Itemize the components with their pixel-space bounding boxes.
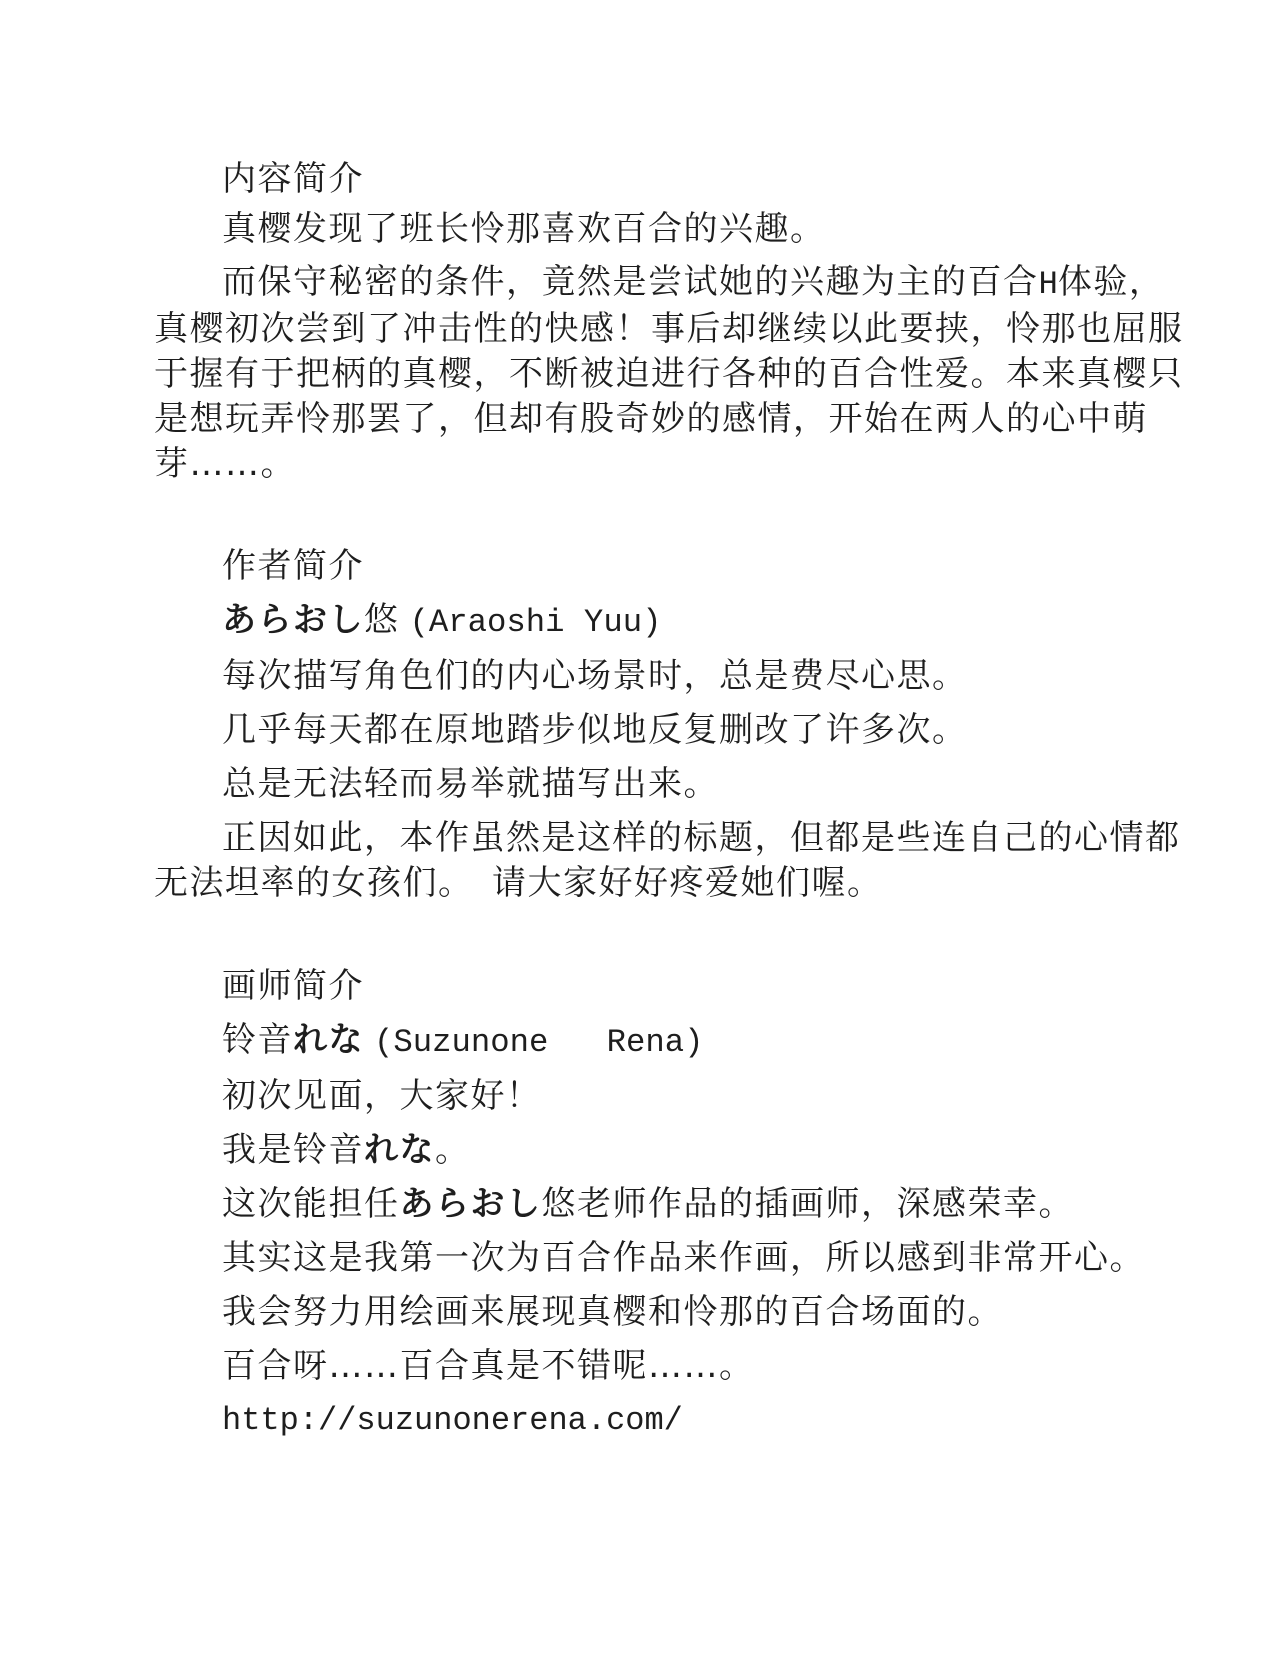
author-bio-line-1: 每次描写角色们的内心场景时，总是费尽心思。	[154, 654, 1164, 699]
artist-bio-line-5: 我会努力用绘画来展现真樱和怜那的百合场面的。	[154, 1290, 1164, 1335]
content-intro-heading: 内容简介	[154, 157, 1164, 202]
author-intro-heading: 作者简介	[154, 544, 1164, 589]
artist-name-cn: 铃音	[222, 1020, 293, 1060]
book-page: 内容简介 真樱发现了班长怜那喜欢百合的兴趣。 而保守秘密的条件，竟然是尝试她的兴…	[0, 0, 1280, 1656]
content-paragraph-2-line-3: 于握有于把柄的真樱，不断被迫进行各种的百合性爱。本来真樱只	[154, 352, 1164, 397]
author-name-line: あらおし悠(Araoshi Yuu)	[154, 598, 1164, 645]
artist-bio-line-6: 百合呀……百合真是不错呢……。	[154, 1344, 1164, 1389]
artist-name-kana: れな	[293, 1020, 364, 1060]
latin-run-h: H	[1039, 266, 1058, 303]
artist-bio-line-3: 这次能担任あらおし悠老师作品的插画师，深感荣幸。	[154, 1182, 1164, 1227]
artist-bio-line-2: 我是铃音れな。	[154, 1128, 1164, 1173]
content-paragraph-2-line-5: 芽……。	[154, 442, 1164, 487]
author-bio-line-3: 总是无法轻而易举就描写出来。	[154, 762, 1164, 807]
content-paragraph-2-line-1: 而保守秘密的条件，竟然是尝试她的兴趣为主的百合H体验，	[154, 260, 1164, 307]
cjk-run: 。	[435, 1130, 471, 1170]
author-bio-line-2: 几乎每天都在原地踏步似地反复删改了许多次。	[154, 708, 1164, 753]
artist-bio-line-4: 其实这是我第一次为百合作品来作画，所以感到非常开心。	[154, 1236, 1164, 1281]
kana-run: れな	[364, 1130, 435, 1170]
kana-run: あらおし	[400, 1184, 542, 1224]
cjk-run: 我是铃音	[222, 1130, 364, 1170]
author-bio-line-5: 无法坦率的女孩们。 请大家好好疼爱她们喔。	[154, 861, 1164, 906]
author-name-kanji: 悠	[364, 600, 400, 640]
artist-name-line: 铃音れな(Suzunone Rena)	[154, 1018, 1164, 1065]
author-intro-section: 作者简介 あらおし悠(Araoshi Yuu) 每次描写角色们的内心场景时，总是…	[154, 544, 1164, 906]
content-paragraph-2-line-2: 真樱初次尝到了冲击性的快感！事后却继续以此要挟，怜那也屈服	[154, 307, 1164, 352]
artist-intro-section: 画师简介 铃音れな(Suzunone Rena) 初次见面，大家好！ 我是铃音れ…	[154, 964, 1164, 1443]
content-paragraph-1: 真樱发现了班长怜那喜欢百合的兴趣。	[154, 207, 1164, 252]
author-name-kana: あらおし	[222, 600, 364, 640]
content-paragraph-2-line-4: 是想玩弄怜那罢了，但却有股奇妙的感情，开始在两人的心中萌	[154, 397, 1164, 442]
page-body: 内容简介 真樱发现了班长怜那喜欢百合的兴趣。 而保守秘密的条件，竟然是尝试她的兴…	[154, 157, 1164, 1443]
author-name-romaji: (Araoshi Yuu)	[410, 604, 662, 641]
content-intro-section: 内容简介 真樱发现了班长怜那喜欢百合的兴趣。 而保守秘密的条件，竟然是尝试她的兴…	[154, 157, 1164, 487]
cjk-run: 体验，	[1058, 262, 1165, 302]
artist-website-url: http://suzunonerena.com/	[154, 1398, 1164, 1443]
artist-intro-heading: 画师简介	[154, 964, 1164, 1009]
artist-bio-line-1: 初次见面，大家好！	[154, 1074, 1164, 1119]
cjk-run: 这次能担任	[222, 1184, 400, 1224]
artist-name-romaji: (Suzunone Rena)	[374, 1024, 703, 1061]
author-bio-line-4: 正因如此，本作虽然是这样的标题，但都是些连自己的心情都	[154, 816, 1164, 861]
cjk-run: 悠老师作品的插画师，深感荣幸。	[542, 1184, 1075, 1224]
cjk-run: 而保守秘密的条件，竟然是尝试她的兴趣为主的百合	[222, 262, 1039, 302]
